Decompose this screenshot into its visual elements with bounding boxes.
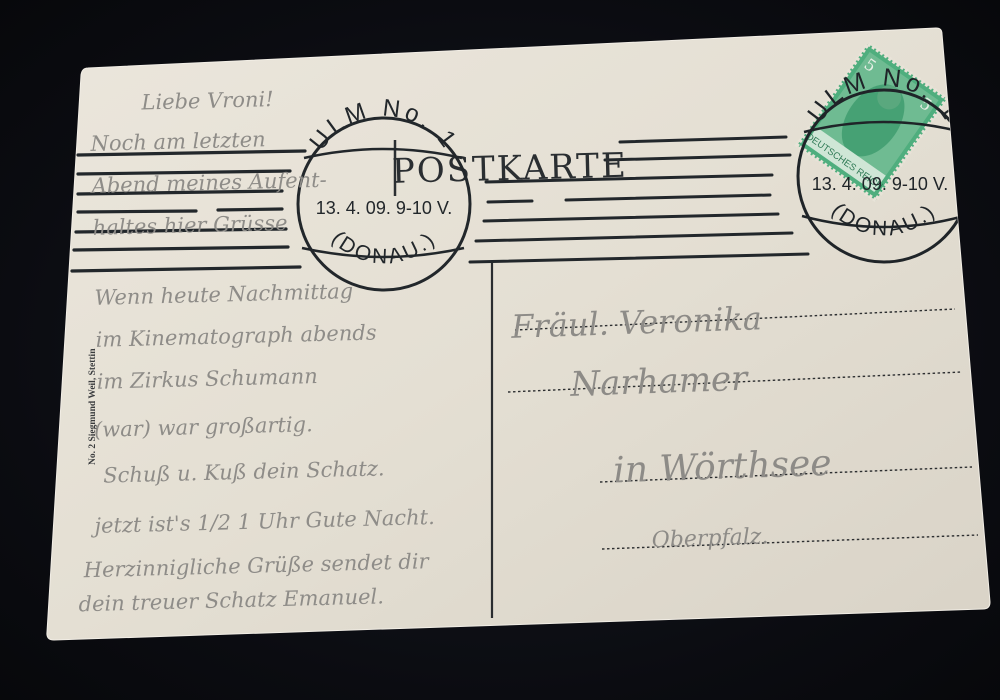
address-line: Narhamer xyxy=(569,359,750,405)
address-line: Oberpfalz. xyxy=(651,524,768,553)
postmark-date: 13. 4. 09. 9-10 V. xyxy=(812,174,948,194)
message-line: Noch am letzten xyxy=(89,127,266,156)
message-line: haltes hier Grüsse xyxy=(92,211,287,240)
printer-imprint: No. 2 Siegmund Weil, Stettin xyxy=(88,348,98,465)
address-line: in Wörthsee xyxy=(613,443,833,492)
postcard: POSTKARTE ULM No. 1 13. 4. 09. 9-10 V. (… xyxy=(0,0,1000,700)
message-line: Liebe Vroni! xyxy=(140,87,274,114)
postmark-date: 13. 4. 09. 9-10 V. xyxy=(316,198,452,218)
